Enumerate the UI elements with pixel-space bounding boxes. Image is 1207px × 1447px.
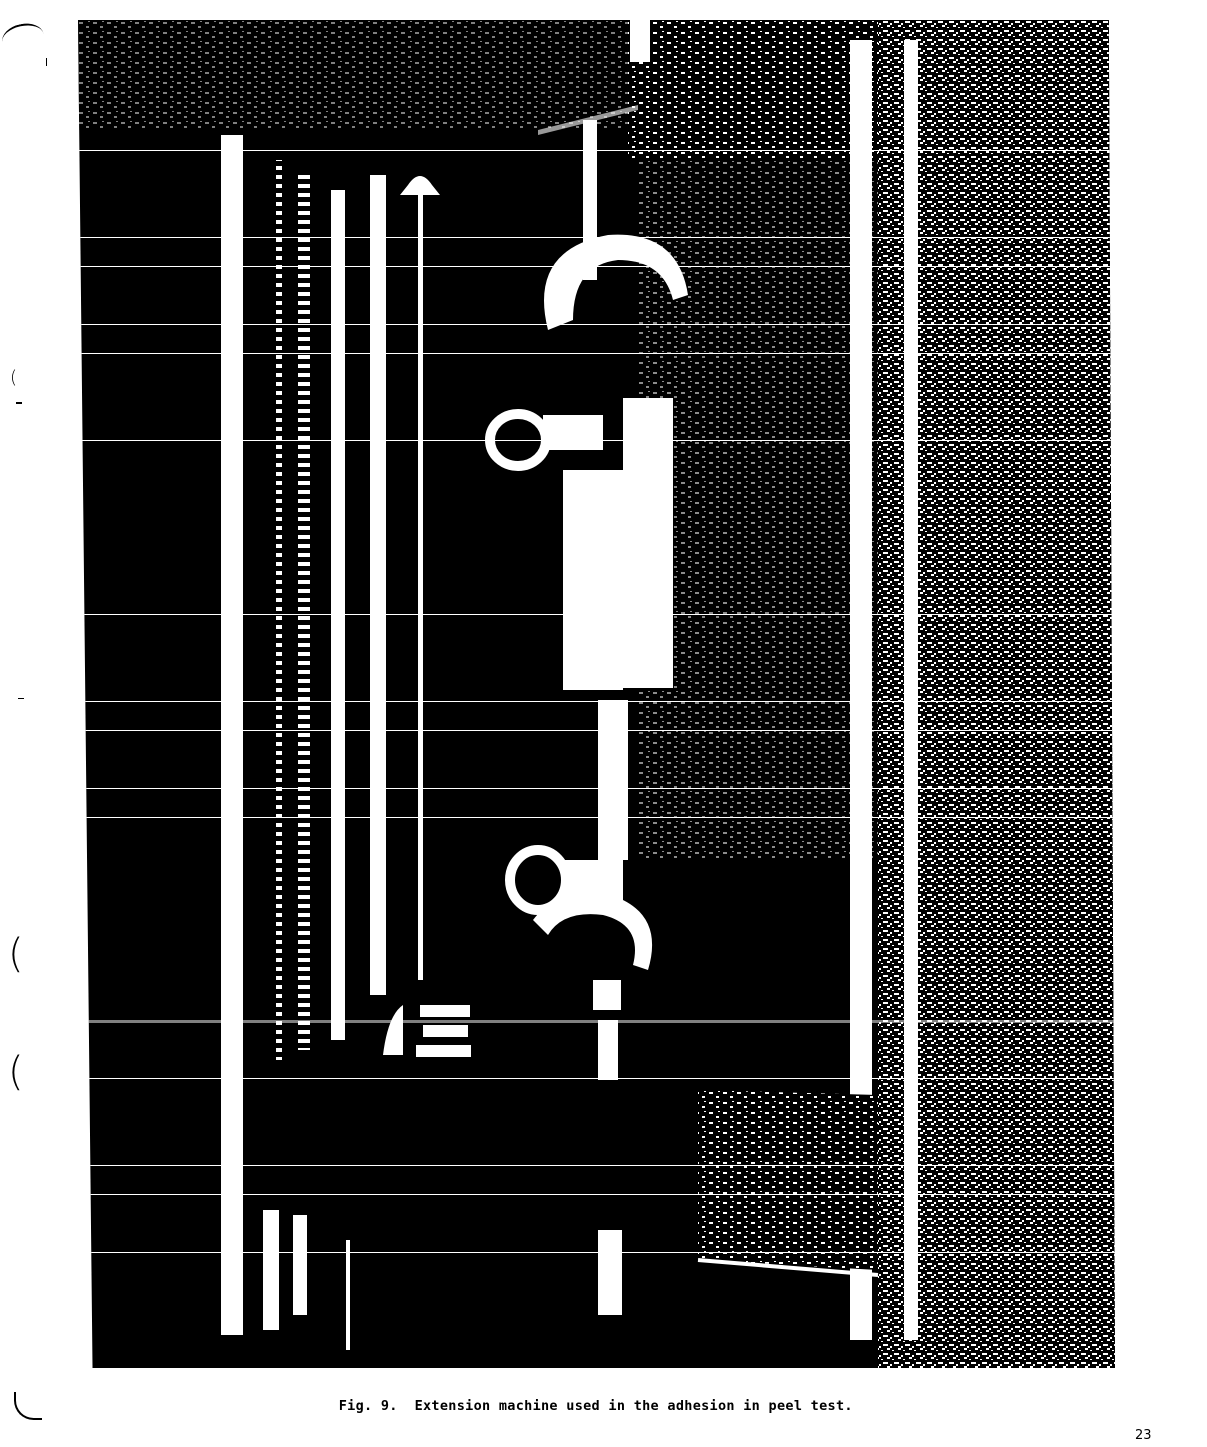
figure-label: Fig. 9.: [339, 1398, 398, 1414]
binder-hole-mark: [0, 20, 46, 56]
margin-mark: [46, 58, 47, 66]
margin-mark: [18, 698, 24, 699]
margin-mark: [16, 402, 22, 404]
document-page: ( ( (: [0, 0, 1207, 1447]
binder-hole-mark: (: [8, 934, 24, 974]
figure-caption: Fig. 9. Extension machine used in the ad…: [305, 1382, 853, 1430]
extension-machine-photo: [78, 20, 1115, 1368]
figure-caption-text: Extension machine used in the adhesion i…: [415, 1398, 853, 1414]
binder-hole-mark: (: [10, 358, 17, 398]
figure-photograph: [78, 20, 1115, 1368]
page-number: 23: [1135, 1428, 1152, 1443]
binder-hole-mark: [14, 1392, 42, 1420]
binder-hole-mark: (: [8, 1052, 24, 1092]
